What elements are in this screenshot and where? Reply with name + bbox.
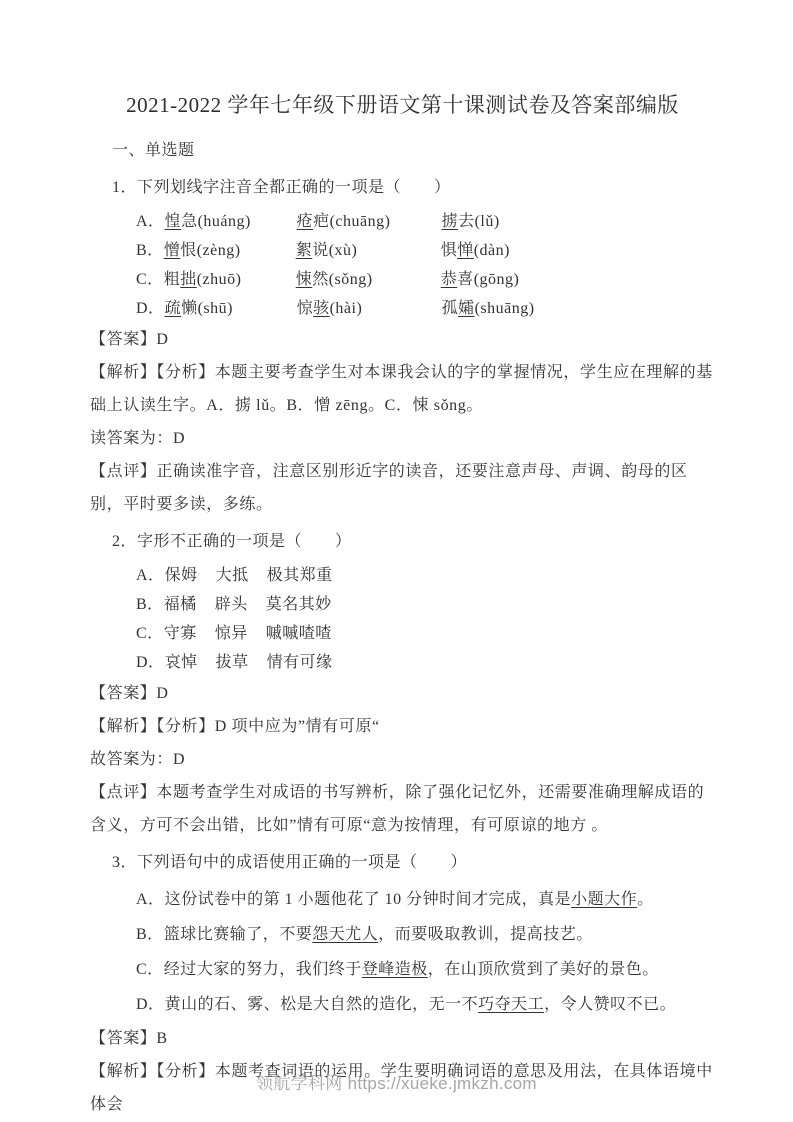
text-segment: 然(sǒng) [312,271,372,288]
option-label: A． [136,882,165,917]
option-text: 篮球比赛输了，不要怨天尤人，而要吸取教训，提高技艺。 [164,926,593,943]
option-row: B．篮球比赛输了，不要怨天尤人，而要吸取教训，提高技艺。 [136,917,715,952]
option-label: B． [136,917,164,952]
text-segment: 极其郑重 [267,567,333,584]
text-segment: 嘁嘁喳喳 [266,625,332,642]
text-segment: (dàn) [474,242,510,259]
underlined-text: 掳 [442,213,459,230]
text-segment: 莫名其妙 [266,596,332,613]
option-label: D． [136,987,165,1022]
question-stem: 3．下列语句中的成语使用正确的一项是（ ） [112,846,715,880]
option-row: D．黄山的石、雾、松是大自然的造化，无一不巧夺天工，令人赞叹不已。 [136,987,715,1022]
text-segment: 经过大家的努力，我们终于 [164,961,362,978]
text-segment: 粗 [164,271,181,288]
text-segment: 。 [637,891,654,908]
option-text: 极其郑重 [267,561,333,590]
option-text: 絮说(xù) [296,236,441,265]
option-label: B． [136,236,164,265]
answer-line: 【答案】B [90,1022,715,1055]
option-row: C．经过大家的努力，我们终于登峰造极，在山顶欣赏到了美好的景色。 [136,952,715,987]
option-text: 掳去(lǔ) [442,207,587,236]
text-segment: 惊异 [215,625,248,642]
option-row: A．惶急(huáng)疮疤(chuāng)掳去(lǔ) [136,207,715,236]
text-segment: 急(huáng) [181,213,251,230]
option-text: 恭喜(gōng) [441,265,586,294]
underlined-text: 骇 [313,300,330,317]
document-page: 2021-2022 学年七年级下册语文第十课测试卷及答案部编版 一、单选题 1．… [0,0,793,1122]
text-segment: 这份试卷中的第 1 小题他花了 10 分钟时间才完成，真是 [165,891,572,908]
option-row: D．疏懒(shū)惊骇(hài)孤孀(shuāng) [136,294,715,323]
option-row: B．憎恨(zèng)絮说(xù)惧惮(dàn) [136,236,715,265]
option-text: 孤孀(shuāng) [442,294,587,323]
option-label: C． [136,265,164,294]
text-segment: 去(lǔ) [458,213,500,230]
option-text: 惶急(huáng) [165,207,297,236]
text-segment: 守寡 [164,625,197,642]
option-row: A．保姆大抵极其郑重 [136,561,715,590]
text-segment: 保姆 [165,567,198,584]
underlined-text: 巧夺天工 [478,996,544,1013]
option-row: C．粗拙(zhuō)悚然(sǒng)恭喜(gōng) [136,265,715,294]
analysis-paragraph: 【解析】【分析】D 项中应为”情有可原“ [90,710,715,743]
option-label: C． [136,619,164,648]
document-content: 2021-2022 学年七年级下册语文第十课测试卷及答案部编版 一、单选题 1．… [0,0,793,1121]
text-segment: 恨(zèng) [180,242,240,259]
option-row: A．这份试卷中的第 1 小题他花了 10 分钟时间才完成，真是小题大作。 [136,882,715,917]
underlined-text: 悚 [296,271,313,288]
option-row: C．守寡惊异嘁嘁喳喳 [136,619,715,648]
option-text: 大抵 [216,561,249,590]
underlined-text: 孀 [458,300,475,317]
option-label: A． [136,207,165,236]
question-stem: 2．字形不正确的一项是（ ） [112,525,715,559]
section-heading: 一、单选题 [112,134,715,167]
option-text: 经过大家的努力，我们终于登峰造极，在山顶欣赏到了美好的景色。 [164,961,659,978]
underlined-text: 疏 [165,300,182,317]
analysis-paragraph: 【解析】【分析】本题主要考查学生对本课我会认的字的掌握情况，学生应在理解的基础上… [90,356,715,422]
option-text: 疮疤(chuāng) [297,207,442,236]
text-segment: 哀悼 [165,654,198,671]
underlined-text: 恭 [441,271,458,288]
option-label: D． [136,648,165,677]
option-text: 这份试卷中的第 1 小题他花了 10 分钟时间才完成，真是小题大作。 [165,891,654,908]
text-segment: 惧 [441,242,458,259]
option-text: 疏懒(shū) [165,294,297,323]
underlined-text: 小题大作 [571,891,637,908]
text-segment: 疤(chuāng) [313,213,390,230]
text-segment: 辟头 [215,596,248,613]
underlined-text: 登峰造极 [362,961,428,978]
page-title: 2021-2022 学年七年级下册语文第十课测试卷及答案部编版 [90,90,715,120]
text-segment: 拔草 [216,654,249,671]
option-text: 辟头 [215,590,248,619]
option-text: 黄山的石、雾、松是大自然的造化，无一不巧夺天工，令人赞叹不已。 [165,996,677,1013]
option-label: C． [136,952,164,987]
option-text: 悚然(sǒng) [296,265,441,294]
question-block-q1: 1．下列划线字注音全都正确的一项是（ ）A．惶急(huáng)疮疤(chuāng… [90,171,715,521]
question-stem: 1．下列划线字注音全都正确的一项是（ ） [112,171,715,205]
option-text: 福橘 [164,590,197,619]
underlined-text: 拙 [180,271,197,288]
option-label: B． [136,590,164,619]
option-text: 情有可缘 [267,648,333,677]
text-segment: ，在山顶欣赏到了美好的景色。 [428,961,659,978]
answer-line: 【答案】D [90,323,715,356]
text-segment: 篮球比赛输了，不要 [164,926,313,943]
option-row: D．哀悼拔草情有可缘 [136,648,715,677]
option-text: 憎恨(zèng) [164,236,296,265]
text-segment: 说(xù) [312,242,357,259]
comment-paragraph: 【点评】本题考查学生对成语的书写辨析，除了强化记忆外，还需要准确理解成语的含义，… [90,776,715,842]
text-segment: (hài) [330,300,363,317]
conclusion-line: 读答案为：D [90,422,715,455]
option-text: 拔草 [216,648,249,677]
underlined-text: 絮 [296,242,313,259]
answer-line: 【答案】D [90,677,715,710]
underlined-text: 惶 [165,213,182,230]
text-segment: ，令人赞叹不已。 [544,996,676,1013]
option-label: D． [136,294,165,323]
option-text: 嘁嘁喳喳 [266,619,332,648]
text-segment: 情有可缘 [267,654,333,671]
option-text: 惧惮(dàn) [441,236,586,265]
underlined-text: 憎 [164,242,181,259]
text-segment: 懒(shū) [181,300,233,317]
text-segment: 惊 [297,300,314,317]
text-segment: 黄山的石、雾、松是大自然的造化，无一不 [165,996,479,1013]
option-text: 粗拙(zhuō) [164,265,296,294]
option-row: B．福橘辟头莫名其妙 [136,590,715,619]
option-text: 惊骇(hài) [297,294,442,323]
conclusion-line: 故答案为：D [90,743,715,776]
text-segment: (zhuō) [197,271,242,288]
questions-container: 1．下列划线字注音全都正确的一项是（ ）A．惶急(huáng)疮疤(chuāng… [90,171,715,1121]
option-label: A． [136,561,165,590]
text-segment: 孤 [442,300,459,317]
option-text: 守寡 [164,619,197,648]
question-block-q2: 2．字形不正确的一项是（ ）A．保姆大抵极其郑重B．福橘辟头莫名其妙C．守寡惊异… [90,525,715,842]
text-segment: 福橘 [164,596,197,613]
text-segment: (shuāng) [475,300,535,317]
text-segment: 大抵 [216,567,249,584]
option-text: 惊异 [215,619,248,648]
option-text: 莫名其妙 [266,590,332,619]
text-segment: 喜(gōng) [457,271,519,288]
underlined-text: 怨天尤人 [312,926,378,943]
underlined-text: 疮 [297,213,314,230]
option-text: 保姆 [165,561,198,590]
option-text: 哀悼 [165,648,198,677]
underlined-text: 惮 [457,242,474,259]
text-segment: ，而要吸取教训，提高技艺。 [378,926,593,943]
comment-paragraph: 【点评】正确读准字音，注意区别形近字的读音，还要注意声母、声调、韵母的区别，平时… [90,455,715,521]
watermark-text: 领航学科网 https://xueke.jmkzh.com [0,1069,793,1094]
